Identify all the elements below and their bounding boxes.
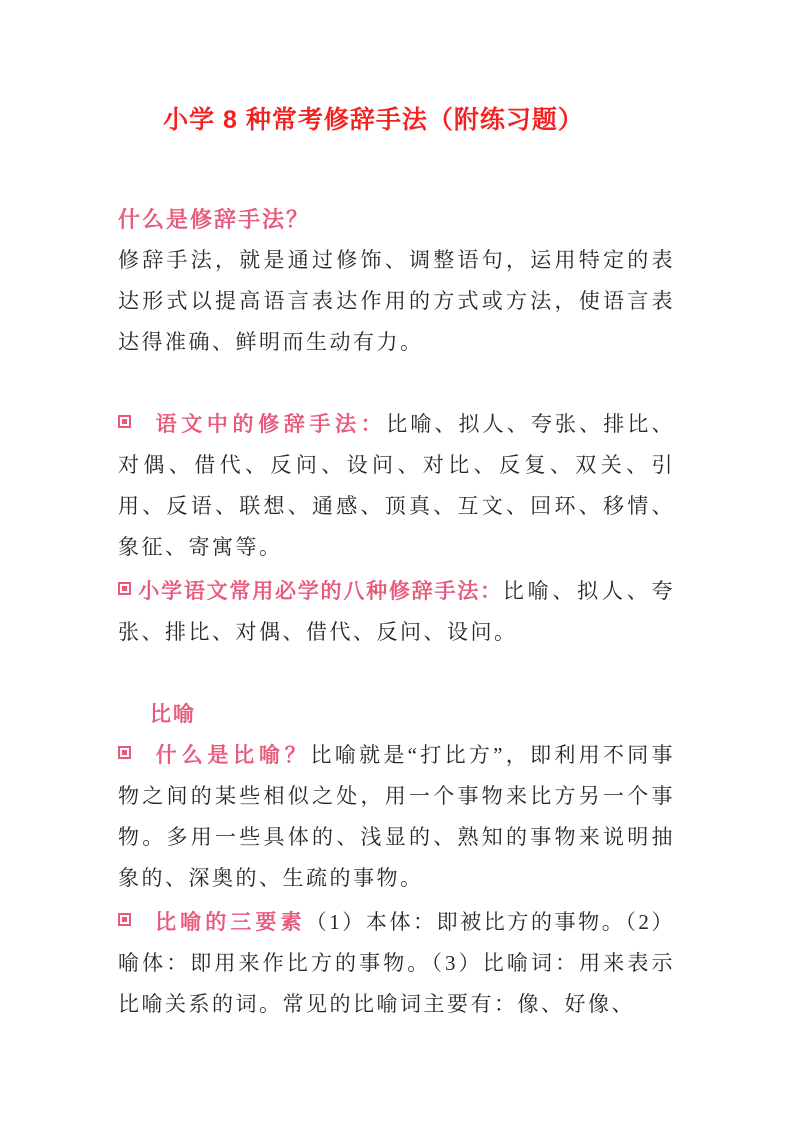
bullet-label: 小学语文常用必学的八种修辞手法： [137, 579, 503, 603]
bullet-label: 比喻的三要素 [155, 910, 306, 934]
square-bullet-icon [118, 415, 131, 428]
square-bullet-icon [118, 746, 131, 759]
intro-heading: 什么是修辞手法？ [118, 199, 675, 240]
bullet-item-eight-methods: 小学语文常用必学的八种修辞手法：比喻、拟人、夸张、排比、对偶、借代、反问、设问。 [118, 571, 675, 653]
document-page: 小学 8 种常考修辞手法（附练习题） 什么是修辞手法？ 修辞手法，就是通过修饰、… [0, 0, 793, 1122]
bullet-item-rhetoric-list: 语文中的修辞手法：比喻、拟人、夸张、排比、对偶、借代、反问、设问、对比、反复、双… [118, 404, 675, 568]
bullet-item-three-elements: 比喻的三要素（1）本体：即被比方的事物。（2）喻体：即用来作比方的事物。（3）比… [118, 902, 675, 1025]
bullet-label: 语文中的修辞手法： [155, 412, 386, 436]
document-title: 小学 8 种常考修辞手法（附练习题） [118, 105, 629, 135]
bullet-item-what-is-metaphor: 什么是比喻？比喻就是“打比方”，即利用不同事物之间的某些相似之处，用一个事物来比… [118, 735, 675, 899]
bullet-label: 什么是比喻？ [155, 743, 311, 767]
square-bullet-icon [118, 582, 131, 595]
intro-paragraph: 修辞手法，就是通过修饰、调整语句，运用特定的表达形式以提高语言表达作用的方式或方… [118, 240, 675, 363]
square-bullet-icon [118, 913, 131, 926]
section-heading-metaphor: 比喻 [150, 694, 675, 735]
